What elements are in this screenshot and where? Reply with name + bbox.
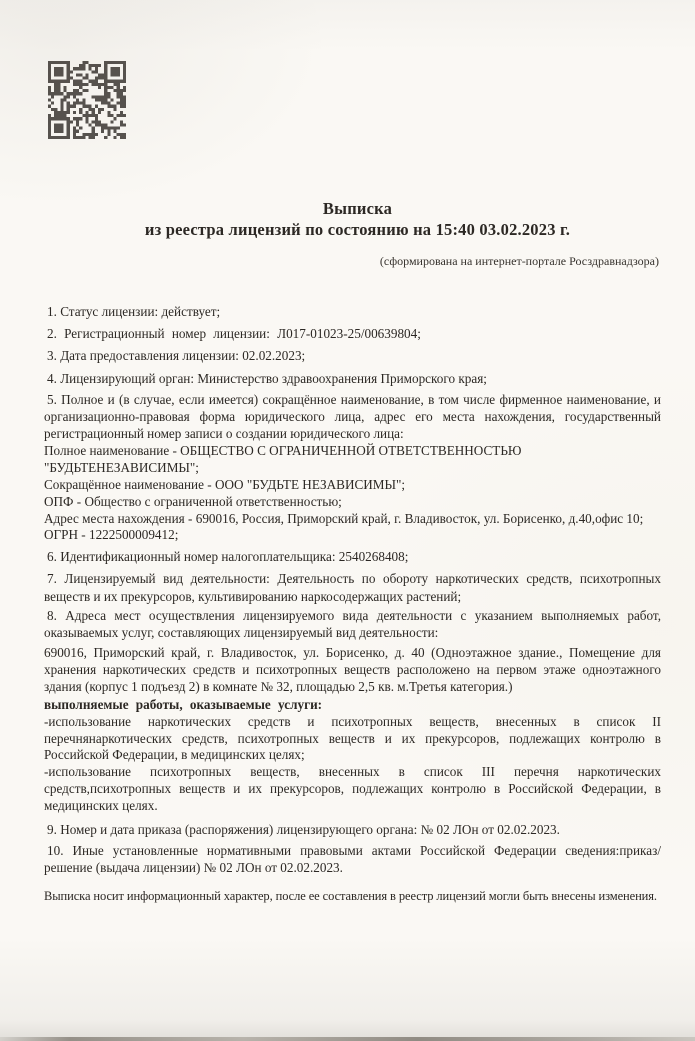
item-license-status: 1. Статус лицензии: действует; xyxy=(44,303,661,320)
works-heading: выполняемые работы, оказываемые услуги: xyxy=(44,696,661,713)
item-names-intro: 5. Полное и (в случае, если имеется) сок… xyxy=(44,391,661,443)
document-body: 1. Статус лицензии: действует; 2. Регист… xyxy=(0,303,695,905)
item-inn: 6. Идентификационный номер налогоплатель… xyxy=(44,548,661,565)
formed-note: (сформирована на интернет-портале Росздр… xyxy=(0,254,695,269)
org-legal-form: ОПФ - Общество с ограниченной ответствен… xyxy=(44,494,661,511)
work-list-2: -использование наркотических средств и п… xyxy=(44,714,661,764)
work-list-3: -использование психотропных веществ, вне… xyxy=(44,764,661,814)
document-page: Выписка из реестра лицензий по состоянию… xyxy=(0,0,695,1041)
item-authority: 4. Лицензирующий орган: Министерство здр… xyxy=(44,370,661,387)
org-address: Адрес места нахождения - 690016, Россия,… xyxy=(44,511,661,528)
item-other-info: 10. Иные установленные нормативными прав… xyxy=(44,842,661,876)
item-grant-date: 3. Дата предоставления лицензии: 02.02.2… xyxy=(44,347,661,364)
org-full-name: Полное наименование - ОБЩЕСТВО С ОГРАНИЧ… xyxy=(44,443,661,477)
item-activity: 7. Лицензируемый вид деятельности: Деяте… xyxy=(44,570,661,604)
footer-note: Выписка носит информационный характер, п… xyxy=(44,888,661,905)
org-short-name: Сокращённое наименование - ООО "БУДЬТЕ Н… xyxy=(44,477,661,494)
document-title-line2: из реестра лицензий по состоянию на 15:4… xyxy=(44,219,671,240)
item-reg-number: 2. Регистрационный номер лицензии: Л017-… xyxy=(44,325,661,342)
org-ogrn: ОГРН - 1222500009412; xyxy=(44,527,661,544)
document-title: Выписка xyxy=(44,198,671,219)
item-places-intro: 8. Адреса мест осуществления лицензируем… xyxy=(44,607,661,641)
item-order: 9. Номер и дата приказа (распоряжения) л… xyxy=(44,821,661,838)
place-address: 690016, Приморский край, г. Владивосток,… xyxy=(44,645,661,695)
qr-code-icon xyxy=(48,61,126,139)
